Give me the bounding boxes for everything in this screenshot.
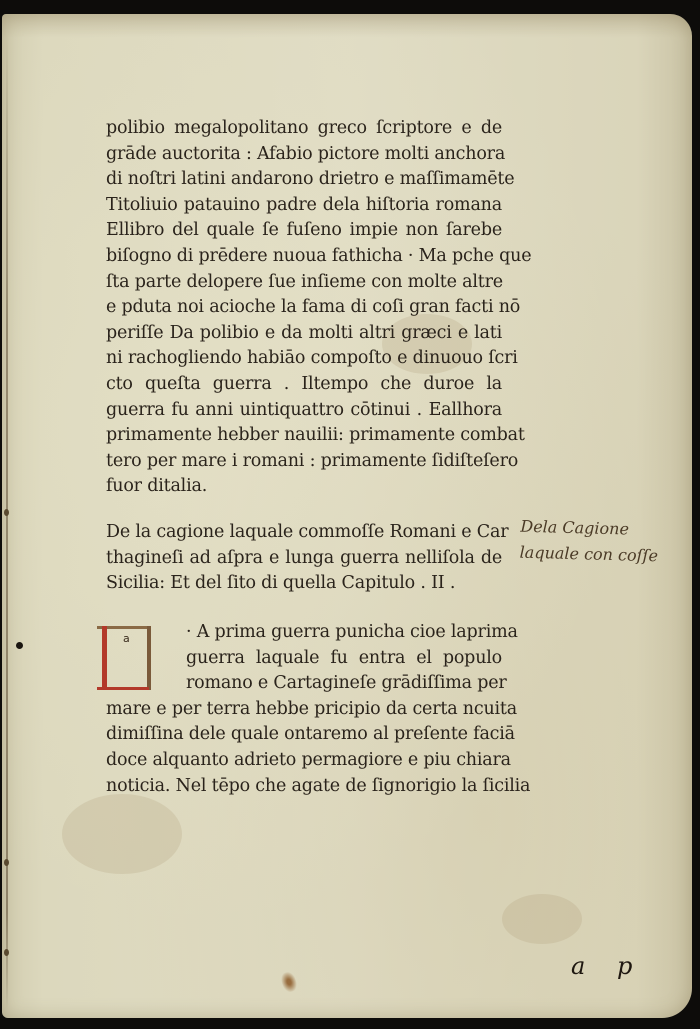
text-line: Ellibro del quale ſe fuſeno impie non ſa… (106, 218, 502, 244)
text-line: dimiſſina dele quale ontaremo al preſent… (106, 722, 502, 748)
chapter-text-block: · A prima guerra punicha cioe laprima gu… (106, 620, 502, 799)
signature-mark: a p (571, 952, 644, 980)
text-line: primamente hebber nauilii: primamente co… (106, 423, 502, 449)
text-line: ni rachogliendo habiāo compoſto e dinuou… (106, 346, 502, 372)
text-line: periſſe Da polibio e da molti altri græc… (106, 321, 502, 347)
ink-dot (16, 642, 23, 649)
text-line: biſogno di prēdere nuoua fathicha · Ma p… (106, 244, 502, 270)
binding-thread-mark (4, 509, 9, 516)
text-line: guerra laquale fu entra el populo (106, 646, 502, 672)
note-line: laquale con coſſe (519, 540, 700, 571)
heading-line: De la cagione laquale commoſſe Romani e … (106, 520, 502, 546)
text-line: guerra fu anni uintiquattro cōtinui . Ea… (106, 398, 502, 424)
text-line: noticia. Nel tēpo che agate de ſignorigi… (106, 774, 502, 800)
binding-thread-mark (4, 949, 9, 956)
text-line: Titoliuio patauino padre dela hiſtoria r… (106, 193, 502, 219)
heading-line: Sicilia: Et del ſito di quella Capitulo … (106, 571, 502, 597)
text-line: e pduta noi acioche la fama di coſi gran… (106, 295, 502, 321)
text-line: ſta parte delopere ſue inſieme con molte… (106, 270, 502, 296)
text-line: polibio megalopolitano greco ſcriptore e… (106, 116, 502, 142)
text-line: grāde auctorita : Afabio pictore molti a… (106, 142, 502, 168)
heading-line: thagineſi ad aſpra e lunga guerra nelliſ… (106, 546, 502, 572)
text-line: mare e per terra hebbe pricipio da certa… (106, 697, 502, 723)
text-line: tero per mare i romani : primamente ſidi… (106, 449, 502, 475)
paper-stain (502, 894, 582, 944)
text-line: · A prima guerra punicha cioe laprima (106, 620, 502, 646)
handwritten-marginal-note: Dela Cagione laquale con coſſe (519, 514, 700, 571)
paper-stain (62, 794, 182, 874)
text-line: romano e Cartagineſe grādiſſima per (106, 671, 502, 697)
binding-thread-mark (4, 859, 9, 866)
text-line: fuor ditalia. (106, 474, 502, 500)
text-line: cto queſta guerra . Iltempo che duroe la (106, 372, 502, 398)
chapter-heading: De la cagione laquale commoſſe Romani e … (106, 520, 502, 597)
main-text-block: polibio megalopolitano greco ſcriptore e… (106, 116, 502, 500)
text-line: doce alquanto adrieto permagiore e piu c… (106, 748, 502, 774)
page-top-edge (2, 14, 692, 38)
text-line: di noſtri latini andarono drietro e maſſ… (106, 167, 502, 193)
